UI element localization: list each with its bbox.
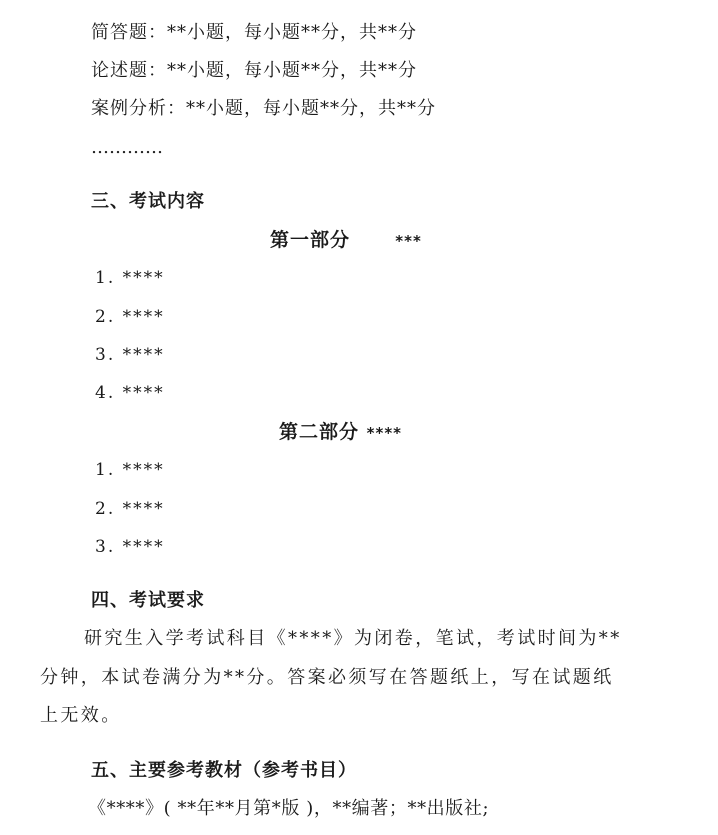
part1-item: 4. ****: [95, 381, 165, 405]
part2-heading: 第二部分 ****: [279, 420, 402, 445]
question-type-case-analysis: 案例分析：**小题，每小题**分，共**分: [91, 97, 436, 121]
part1-item: 3. ****: [95, 343, 165, 367]
ellipsis: …………: [91, 136, 163, 160]
part2-item: 1. ****: [95, 458, 165, 482]
section-heading-exam-content: 三、考试内容: [91, 190, 205, 214]
reference-item: 《****》( **年**月第*版 )，**编著；**出版社;: [88, 797, 489, 821]
requirements-paragraph-line-2: 分钟，本试卷满分为**分。答案必须写在答题纸上，写在试题纸: [40, 666, 630, 690]
part1-suffix: ***: [395, 232, 422, 250]
section-heading-reference-materials: 五、主要参考教材（参考书目）: [91, 759, 357, 783]
requirements-paragraph-line-1: 研究生入学考试科目《****》为闭卷，笔试，考试时间为**: [84, 627, 674, 651]
part1-title: 第一部分: [270, 229, 350, 251]
part2-item: 3. ****: [95, 535, 165, 559]
part2-suffix: ****: [367, 424, 402, 442]
part2-item: 2. ****: [95, 497, 165, 521]
section-heading-exam-requirements: 四、考试要求: [91, 589, 205, 613]
part2-title: 第二部分: [279, 421, 359, 443]
requirements-paragraph-line-3: 上无效。: [40, 704, 630, 728]
question-type-essay: 论述题：**小题，每小题**分，共**分: [91, 59, 417, 83]
part1-item: 2. ****: [95, 305, 165, 329]
question-type-short-answer: 简答题：**小题，每小题**分，共**分: [91, 21, 417, 45]
part1-heading: 第一部分 ***: [270, 228, 422, 253]
part1-item: 1. ****: [95, 266, 165, 290]
